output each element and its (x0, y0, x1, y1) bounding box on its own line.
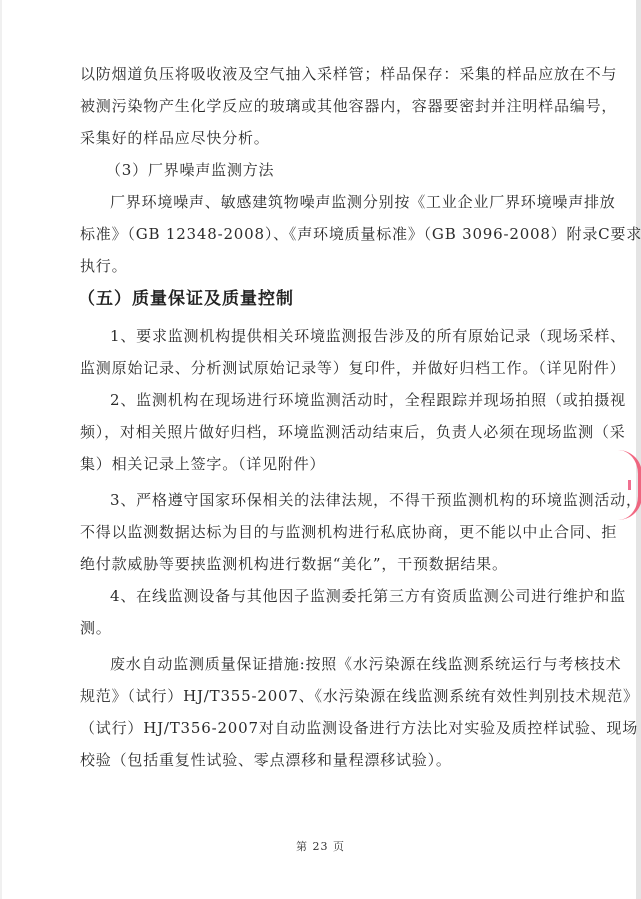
text-line: 执行。 (80, 250, 600, 282)
document-page: 以防烟道负压将吸收液及空气抽入采样管；样品保存：采集的样品应放在不与 被测污染物… (80, 58, 600, 776)
text-line: 监测原始记录、分析测试原始记录等）复印件，并做好归档工作。（详见附件） (80, 352, 600, 384)
text-line: 规范》（试行）HJ/T355-2007、《水污染源在线监测系统有效性判别技术规范… (80, 680, 600, 712)
text-line: 被测污染物产生化学反应的玻璃或其他容器内，容器要密封并注明样品编号， (80, 90, 600, 122)
scan-left-edge (0, 0, 2, 899)
text-line: 4、在线监测设备与其他因子监测委托第三方有资质监测公司进行维护和监 (80, 580, 600, 612)
section-heading-quality-control: （五）质量保证及质量控制 (78, 282, 600, 316)
text-line: （试行）HJ/T356-2007对自动监测设备进行方法比对实验及质控样试验、现场 (80, 712, 600, 744)
text-line: 集）相关记录上签字。（详见附件） (80, 448, 600, 480)
text-line: 2、监测机构在现场进行环境监测活动时，全程跟踪并现场拍照（或拍摄视 (80, 384, 600, 416)
page-number: 第 23 页 (0, 838, 641, 854)
text-line: 采集好的样品应尽快分析。 (80, 122, 600, 154)
paragraph-noise-method: 厂界环境噪声、敏感建筑物噪声监测分别按《工业企业厂界环境噪声排放 标准》（GB … (80, 186, 600, 282)
paragraph-item-1: 1、要求监测机构提供相关环境监测报告涉及的所有原始记录（现场采样、 监测原始记录… (80, 320, 600, 384)
text-line: 校验（包括重复性试验、零点漂移和量程漂移试验）。 (80, 744, 600, 776)
text-line: 厂界环境噪声、敏感建筑物噪声监测分别按《工业企业厂界环境噪声排放 (80, 186, 600, 218)
scan-right-edge (636, 0, 641, 899)
subheading-noise-method: （3）厂界噪声监测方法 (80, 154, 600, 186)
paragraph-sampling-continued: 以防烟道负压将吸收液及空气抽入采样管；样品保存：采集的样品应放在不与 被测污染物… (80, 58, 600, 154)
text-line: 频），对相关照片做好归档，环境监测活动结束后，负责人必须在现场监测（采 (80, 416, 600, 448)
paragraph-item-2: 2、监测机构在现场进行环境监测活动时，全程跟踪并现场拍照（或拍摄视 频），对相关… (80, 384, 600, 480)
paragraph-item-3: 3、严格遵守国家环保相关的法律法规，不得干预监测机构的环境监测活动， 不得以监测… (80, 484, 600, 580)
paragraph-wastewater-qa: 废水自动监测质量保证措施:按照《水污染源在线监测系统运行与考核技术 规范》（试行… (80, 648, 600, 776)
text-line: 1、要求监测机构提供相关环境监测报告涉及的所有原始记录（现场采样、 (80, 320, 600, 352)
text-line: 以防烟道负压将吸收液及空气抽入采样管；样品保存：采集的样品应放在不与 (80, 58, 600, 90)
text-line: 标准》（GB 12348-2008）、《声环境质量标准》（GB 3096-200… (80, 218, 600, 250)
text-line: 测。 (80, 612, 600, 644)
paragraph-item-4: 4、在线监测设备与其他因子监测委托第三方有资质监测公司进行维护和监 测。 (80, 580, 600, 644)
text-line: 绝付款威胁等要挟监测机构进行数据“美化”，干预数据结果。 (80, 548, 600, 580)
text-line: 废水自动监测质量保证措施:按照《水污染源在线监测系统运行与考核技术 (80, 648, 600, 680)
text-line: 不得以监测数据达标为目的与监测机构进行私底协商，更不能以中止合同、拒 (80, 516, 600, 548)
text-line: 3、严格遵守国家环保相关的法律法规，不得干预监测机构的环境监测活动， (80, 484, 600, 516)
